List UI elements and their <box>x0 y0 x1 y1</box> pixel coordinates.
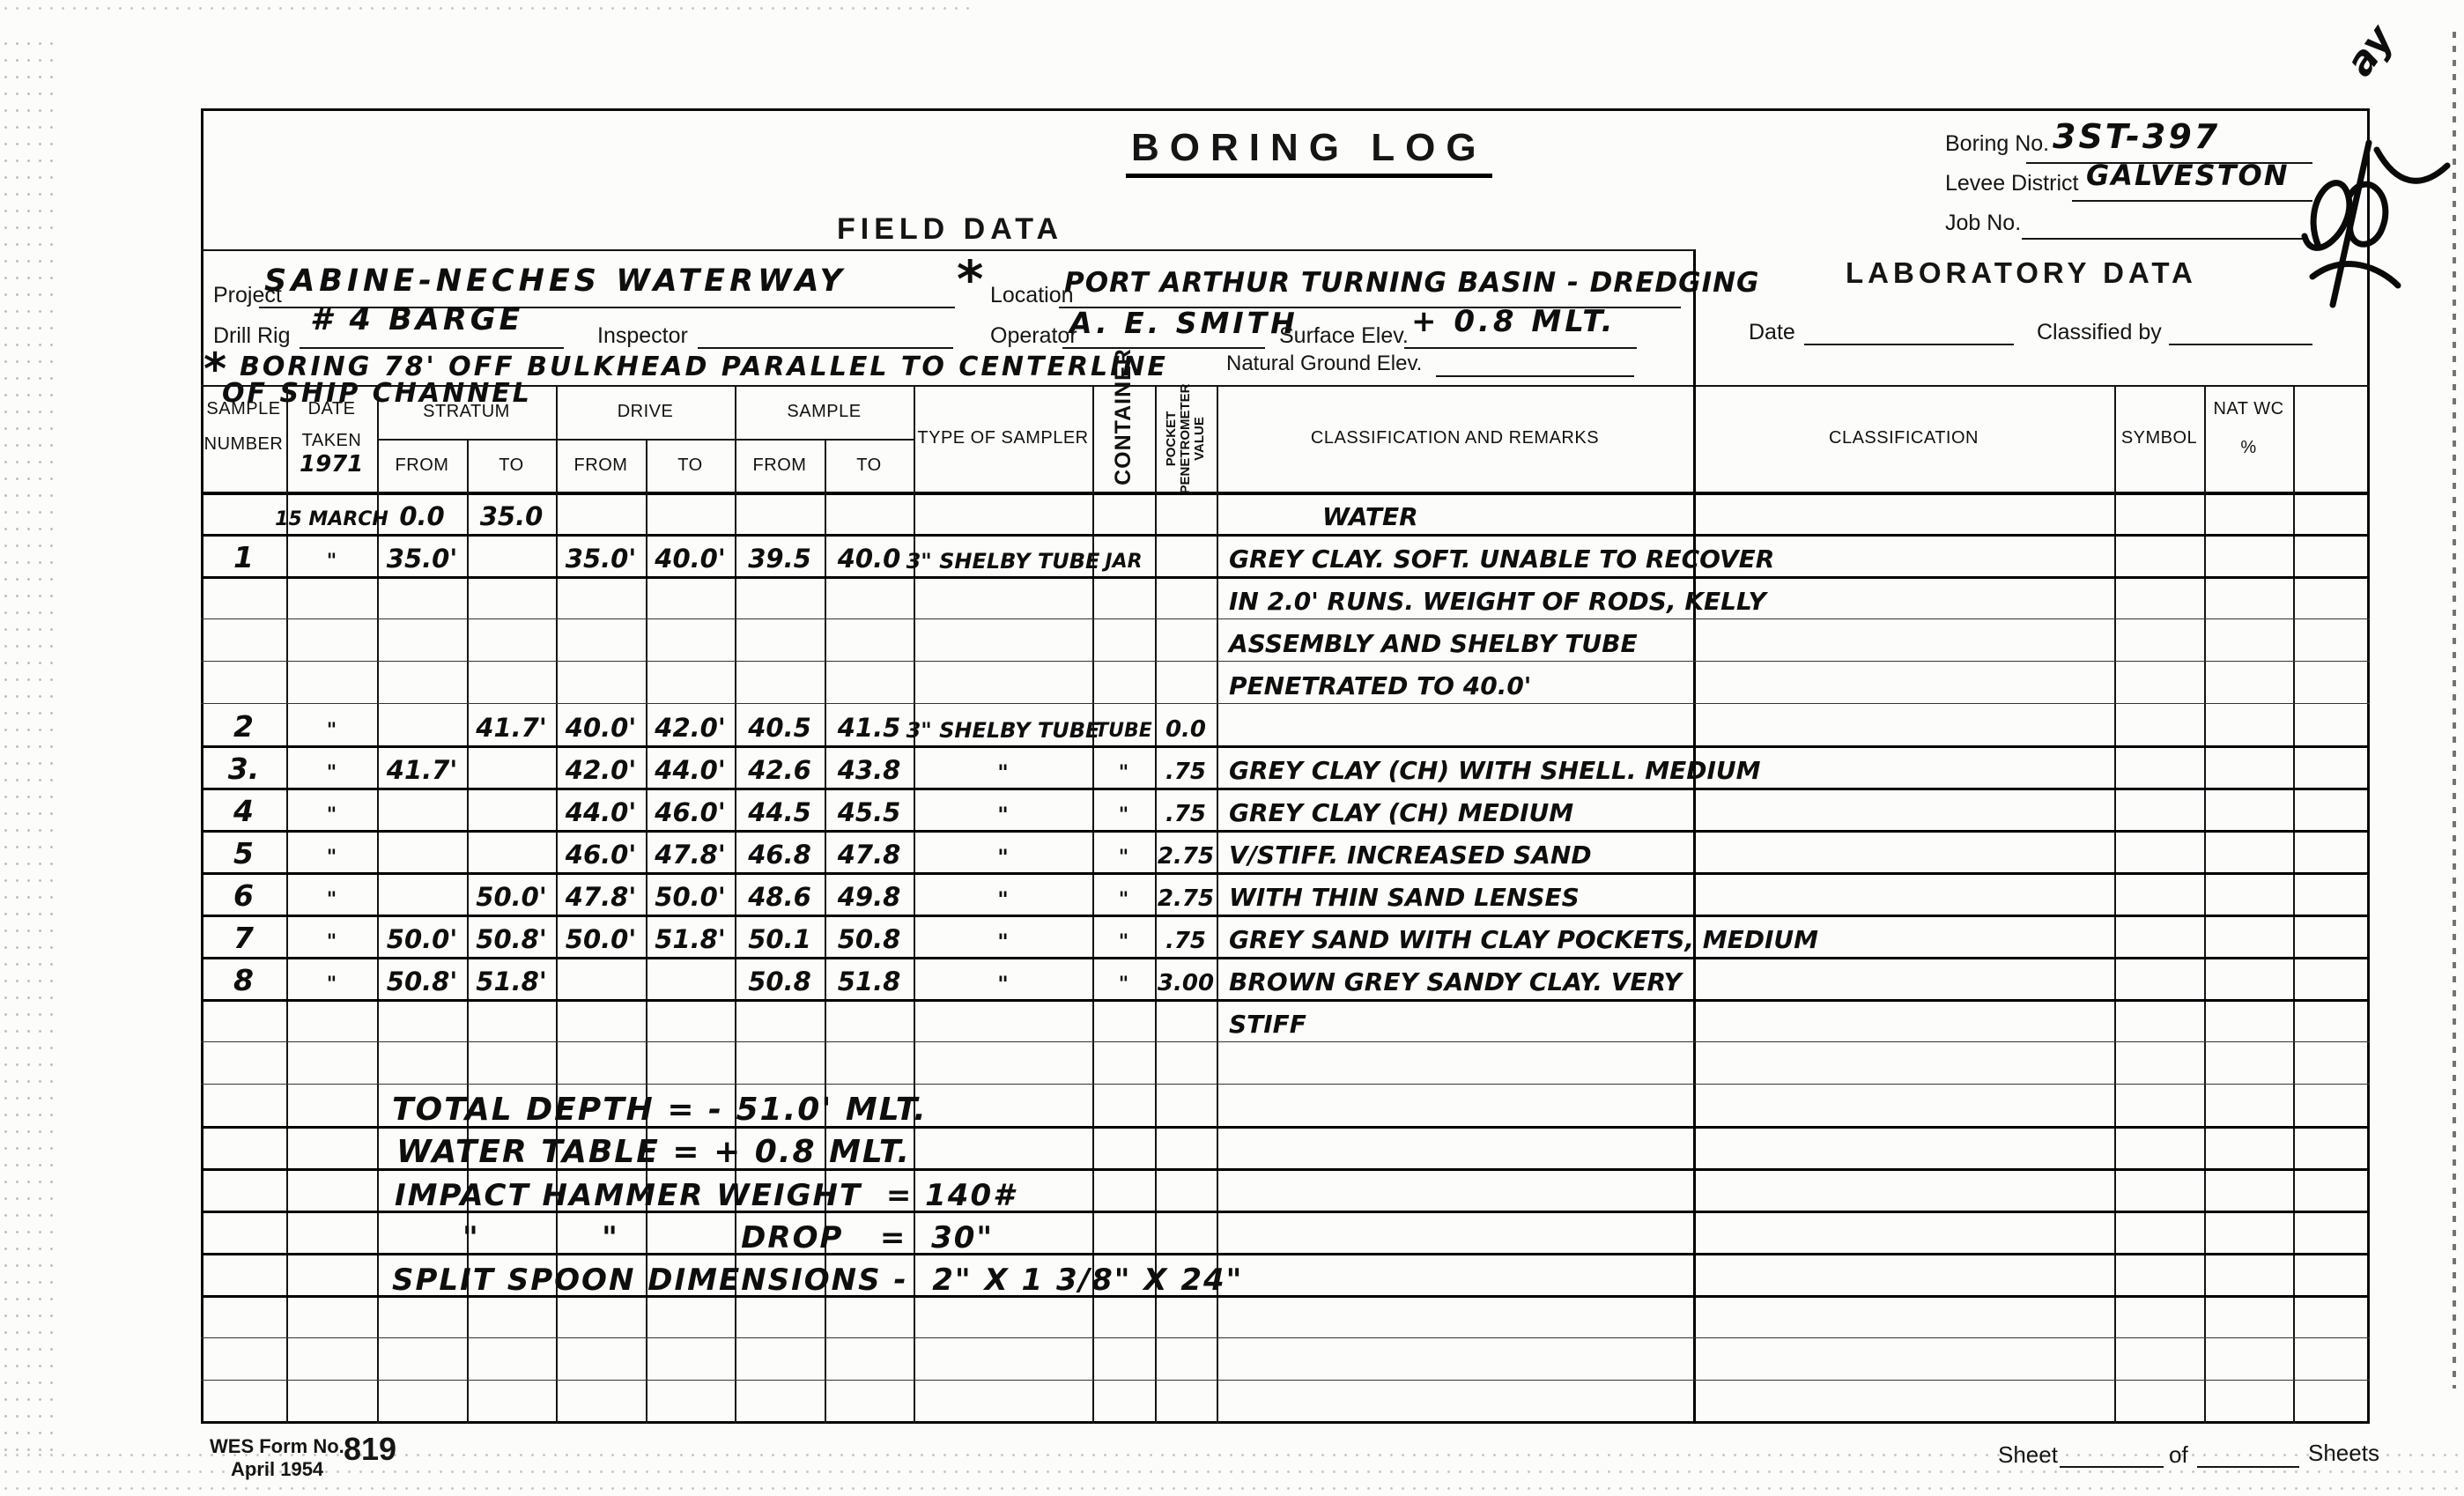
operator-underline <box>1062 319 1265 349</box>
summary-note: SPLIT SPOON DIMENSIONS - 2" X 1 3/8" X 2… <box>392 1253 1243 1302</box>
job-no-label: Job No. <box>1945 211 2021 234</box>
cell-num: 2 <box>201 703 286 745</box>
header-stratum: STRATUM <box>377 385 556 439</box>
cell-num: 7 <box>201 915 286 957</box>
cell-sm_to: 45.5 <box>825 788 914 830</box>
header-number: NUMBER <box>201 433 286 455</box>
field-data-title: FIELD DATA <box>837 214 1063 246</box>
cell-s_from: 35.0' <box>377 534 467 576</box>
inspector-label: Inspector <box>597 324 688 347</box>
sheet-label: Sheet <box>1998 1443 2058 1467</box>
cell-remarks: BROWN GREY SANDY CLAY. VERY <box>1217 957 1693 999</box>
cell-d_from: 40.0' <box>556 703 646 745</box>
lab-date-label: Date <box>1749 321 1795 344</box>
header-taken: TAKEN <box>286 430 377 451</box>
cell-sm_from: 39.5 <box>735 534 825 576</box>
cell-num: 6 <box>201 872 286 915</box>
lab-data-title: LABORATORY DATA <box>1846 258 2197 289</box>
field-data-top-rule <box>201 249 1693 251</box>
header-type-of-sampler: TYPE OF SAMPLER <box>914 385 1092 492</box>
cell-num: 4 <box>201 788 286 830</box>
header-classification: CLASSIFICATION <box>1693 385 2114 492</box>
cell-date: " <box>286 534 377 576</box>
cell-num: 3. <box>201 745 286 788</box>
cell-pp: 3.00 <box>1155 957 1217 999</box>
cell-remarks: WITH THIN SAND LENSES <box>1217 872 1693 915</box>
cell-sm_from: 40.5 <box>735 703 825 745</box>
cell-d_from: 35.0' <box>556 534 646 576</box>
header-symbol: SYMBOL <box>2114 385 2204 492</box>
cell-d_to: 40.0' <box>646 534 735 576</box>
sheet-underline <box>2060 1440 2164 1468</box>
cell-d_from: 44.0' <box>556 788 646 830</box>
cell-sm_from: 50.8 <box>735 957 825 999</box>
sheet-of-label: of <box>2169 1443 2188 1467</box>
cell-d_from: 50.0' <box>556 915 646 957</box>
cell-cont: " <box>1092 872 1155 915</box>
cell-sm_to: 50.8 <box>825 915 914 957</box>
cell-remarks: GREY CLAY (CH) MEDIUM <box>1217 788 1693 830</box>
classified-by-underline <box>2169 317 2312 345</box>
corner-handwritten-mark: ay <box>2340 19 2401 83</box>
cell-sm_to: 47.8 <box>825 830 914 872</box>
cell-sampler: " <box>914 745 1092 788</box>
boring-log-form-page: ay BORING LOG FIELD DATA LABORATORY DATA… <box>0 0 2464 1496</box>
cell-remarks: WATER <box>1217 492 1693 534</box>
cell-date: " <box>286 872 377 915</box>
cell-date: " <box>286 703 377 745</box>
cell-date: " <box>286 830 377 872</box>
header-drive: DRIVE <box>556 385 735 439</box>
cell-remarks: GREY SAND WITH CLAY POCKETS, MEDIUM <box>1217 915 1693 957</box>
cell-cont: TUBE <box>1092 703 1155 745</box>
header-pocket-line3: VALUE <box>1193 417 1207 461</box>
cell-remarks: STIFF <box>1217 999 1693 1041</box>
header-stratum-to: TO <box>467 439 556 492</box>
cell-sm_from: 44.5 <box>735 788 825 830</box>
header-nat-wc: NAT WC <box>2204 398 2293 419</box>
cell-sampler: " <box>914 872 1092 915</box>
cell-s_from: 50.0' <box>377 915 467 957</box>
cell-pp: 0.0 <box>1155 703 1217 745</box>
cell-remarks: GREY CLAY. SOFT. UNABLE TO RECOVER <box>1217 534 1693 576</box>
header-stratum-from: FROM <box>377 439 467 492</box>
cell-num: 1 <box>201 534 286 576</box>
cell-cont: " <box>1092 957 1155 999</box>
cell-cont: " <box>1092 830 1155 872</box>
cell-sampler: " <box>914 915 1092 957</box>
header-pocket-penetrometer-vertical: POCKET PENETROMETER VALUE <box>1154 384 1217 493</box>
col-line <box>2114 385 2116 1424</box>
cell-sm_from: 48.6 <box>735 872 825 915</box>
col-line <box>2204 385 2206 1424</box>
cell-d_from: 42.0' <box>556 745 646 788</box>
header-sample-to: TO <box>825 439 914 492</box>
cell-sm_to: 51.8 <box>825 957 914 999</box>
header-sample: SAMPLE <box>201 398 286 419</box>
cell-date: " <box>286 957 377 999</box>
header-date: DATE <box>286 398 377 419</box>
scan-noise-left <box>0 35 62 1463</box>
cell-pp: .75 <box>1155 745 1217 788</box>
cell-d_from: 47.8' <box>556 872 646 915</box>
cell-sm_from: 42.6 <box>735 745 825 788</box>
cell-cont: " <box>1092 788 1155 830</box>
cell-sm_to: 41.5 <box>825 703 914 745</box>
cell-s_from: 50.8' <box>377 957 467 999</box>
surface-elev-label: Surface Elev. <box>1279 324 1409 347</box>
levee-district-label: Levee District <box>1945 172 2078 195</box>
cell-s_from: 41.7' <box>377 745 467 788</box>
wes-form-number: 819 <box>344 1433 396 1466</box>
drill-rig-underline <box>300 319 564 349</box>
cell-sampler: 3" SHELBY TUBE <box>914 703 1092 745</box>
location-asterisk-mark: * <box>957 254 983 305</box>
cell-date: " <box>286 788 377 830</box>
row-line <box>201 1380 2370 1381</box>
cell-d_to: 47.8' <box>646 830 735 872</box>
classified-by-label: Classified by <box>2037 321 2162 344</box>
cell-remarks: ASSEMBLY AND SHELBY TUBE <box>1217 618 1693 661</box>
cell-s_to: 35.0 <box>467 492 556 534</box>
cell-cont: " <box>1092 745 1155 788</box>
header-year-handwritten: 1971 <box>300 453 363 476</box>
cell-pp: 2.75 <box>1155 830 1217 872</box>
cell-sampler: " <box>914 957 1092 999</box>
cell-num: 5 <box>201 830 286 872</box>
header-container-vertical: CONTAINER <box>1097 342 1150 492</box>
col-line <box>2293 385 2295 1424</box>
wes-form-label: WES Form No. <box>210 1436 344 1456</box>
cell-date: 15 MARCH <box>286 492 377 534</box>
cell-s_from: 0.0 <box>377 492 467 534</box>
sheets-underline <box>2197 1440 2299 1468</box>
cell-remarks: GREY CLAY (CH) WITH SHELL. MEDIUM <box>1217 745 1693 788</box>
cell-cont: " <box>1092 915 1155 957</box>
cell-s_to: 41.7' <box>467 703 556 745</box>
cell-sm_from: 50.1 <box>735 915 825 957</box>
cell-sm_to: 43.8 <box>825 745 914 788</box>
field-note-line1: BORING 78' OFF BULKHEAD PARALLEL TO CENT… <box>240 354 1168 381</box>
cell-sm_to: 49.8 <box>825 872 914 915</box>
header-drive-from: FROM <box>556 439 646 492</box>
natural-ground-elev-underline <box>1436 349 1634 377</box>
header-pocket-line2: PENETROMETER <box>1179 383 1193 493</box>
cell-s_to: 50.8' <box>467 915 556 957</box>
scan-noise-top <box>0 0 969 21</box>
cell-d_to: 50.0' <box>646 872 735 915</box>
surface-elev-underline <box>1404 319 1637 349</box>
cell-remarks: PENETRATED TO 40.0' <box>1217 661 1693 703</box>
cell-cont: JAR <box>1092 534 1155 576</box>
cell-remarks: IN 2.0' RUNS. WEIGHT OF RODS, KELLY <box>1217 576 1693 618</box>
cell-sm_to: 40.0 <box>825 534 914 576</box>
natural-ground-elev-label: Natural Ground Elev. <box>1226 352 1422 374</box>
cell-remarks: V/STIFF. INCREASED SAND <box>1217 830 1693 872</box>
signature-scribble <box>2264 113 2462 329</box>
cell-sm_from: 46.8 <box>735 830 825 872</box>
cell-d_to: 46.0' <box>646 788 735 830</box>
sheets-label: Sheets <box>2308 1441 2379 1465</box>
header-sample-group: SAMPLE <box>735 385 914 439</box>
cell-pp: 2.75 <box>1155 872 1217 915</box>
cell-date: " <box>286 745 377 788</box>
cell-pp: .75 <box>1155 788 1217 830</box>
cell-d_to: 51.8' <box>646 915 735 957</box>
page-title: BORING LOG <box>1126 128 1492 178</box>
header-classification-remarks: CLASSIFICATION AND REMARKS <box>1217 385 1693 492</box>
lab-date-underline <box>1804 317 2014 345</box>
header-pocket-line1: POCKET <box>1165 411 1179 467</box>
cell-pp: .75 <box>1155 915 1217 957</box>
cell-date: " <box>286 915 377 957</box>
cell-sampler: " <box>914 788 1092 830</box>
cell-s_to: 50.0' <box>467 872 556 915</box>
cell-sampler: " <box>914 830 1092 872</box>
cell-s_to: 51.8' <box>467 957 556 999</box>
header-percent: % <box>2204 437 2293 458</box>
row-line <box>201 1337 2370 1338</box>
wes-form-date: April 1954 <box>231 1459 323 1479</box>
cell-d_from: 46.0' <box>556 830 646 872</box>
inspector-underline <box>698 319 953 349</box>
row-line <box>201 1041 2370 1042</box>
cell-d_to: 44.0' <box>646 745 735 788</box>
cell-sampler: 3" SHELBY TUBE <box>914 534 1092 576</box>
header-drive-to: TO <box>646 439 735 492</box>
cell-num: 8 <box>201 957 286 999</box>
header-sample-from: FROM <box>735 439 825 492</box>
cell-d_to: 42.0' <box>646 703 735 745</box>
